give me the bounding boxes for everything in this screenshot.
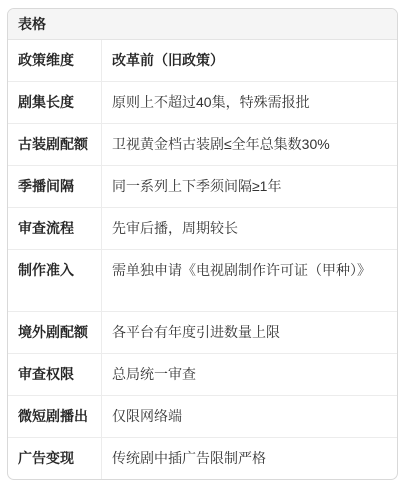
table-row: 审查流程 先审后播，周期较长 — [8, 208, 397, 250]
row-label: 剧集长度 — [8, 82, 102, 123]
row-label: 审查流程 — [8, 208, 102, 249]
row-label: 微短剧播出 — [8, 396, 102, 437]
row-value: 仅限网络端 — [102, 396, 397, 437]
table-row: 微短剧播出 仅限网络端 — [8, 396, 397, 438]
row-value: 原则上不超过40集，特殊需报批 — [102, 82, 397, 123]
row-label: 制作准入 — [8, 250, 102, 311]
policy-table-card: 表格 政策维度 改革前（旧政策） 剧集长度 原则上不超过40集，特殊需报批 古装… — [7, 8, 398, 480]
header-value-cell: 改革前（旧政策） — [102, 40, 397, 81]
row-label: 季播间隔 — [8, 166, 102, 207]
table-row: 季播间隔 同一系列上下季须间隔≥1年 — [8, 166, 397, 208]
row-value: 传统剧中插广告限制严格 — [102, 438, 397, 479]
row-label: 境外剧配额 — [8, 312, 102, 353]
row-value: 各平台有年度引进数量上限 — [102, 312, 397, 353]
table-row: 制作准入 需单独申请《电视剧制作许可证（甲种）》 — [8, 250, 397, 312]
row-value: 总局统一审查 — [102, 354, 397, 395]
row-value: 卫视黄金档古装剧≤全年总集数30% — [102, 124, 397, 165]
row-label: 古装剧配额 — [8, 124, 102, 165]
table-row: 境外剧配额 各平台有年度引进数量上限 — [8, 312, 397, 354]
table-title: 表格 — [8, 9, 397, 40]
table-row: 审查权限 总局统一审查 — [8, 354, 397, 396]
row-value: 先审后播，周期较长 — [102, 208, 397, 249]
row-label: 广告变现 — [8, 438, 102, 479]
table-row: 剧集长度 原则上不超过40集，特殊需报批 — [8, 82, 397, 124]
row-label: 审查权限 — [8, 354, 102, 395]
table-header-row: 政策维度 改革前（旧政策） — [8, 40, 397, 82]
row-value: 需单独申请《电视剧制作许可证（甲种）》 — [102, 250, 397, 311]
header-label-cell: 政策维度 — [8, 40, 102, 81]
table-row: 古装剧配额 卫视黄金档古装剧≤全年总集数30% — [8, 124, 397, 166]
row-value: 同一系列上下季须间隔≥1年 — [102, 166, 397, 207]
table-row: 广告变现 传统剧中插广告限制严格 — [8, 438, 397, 479]
